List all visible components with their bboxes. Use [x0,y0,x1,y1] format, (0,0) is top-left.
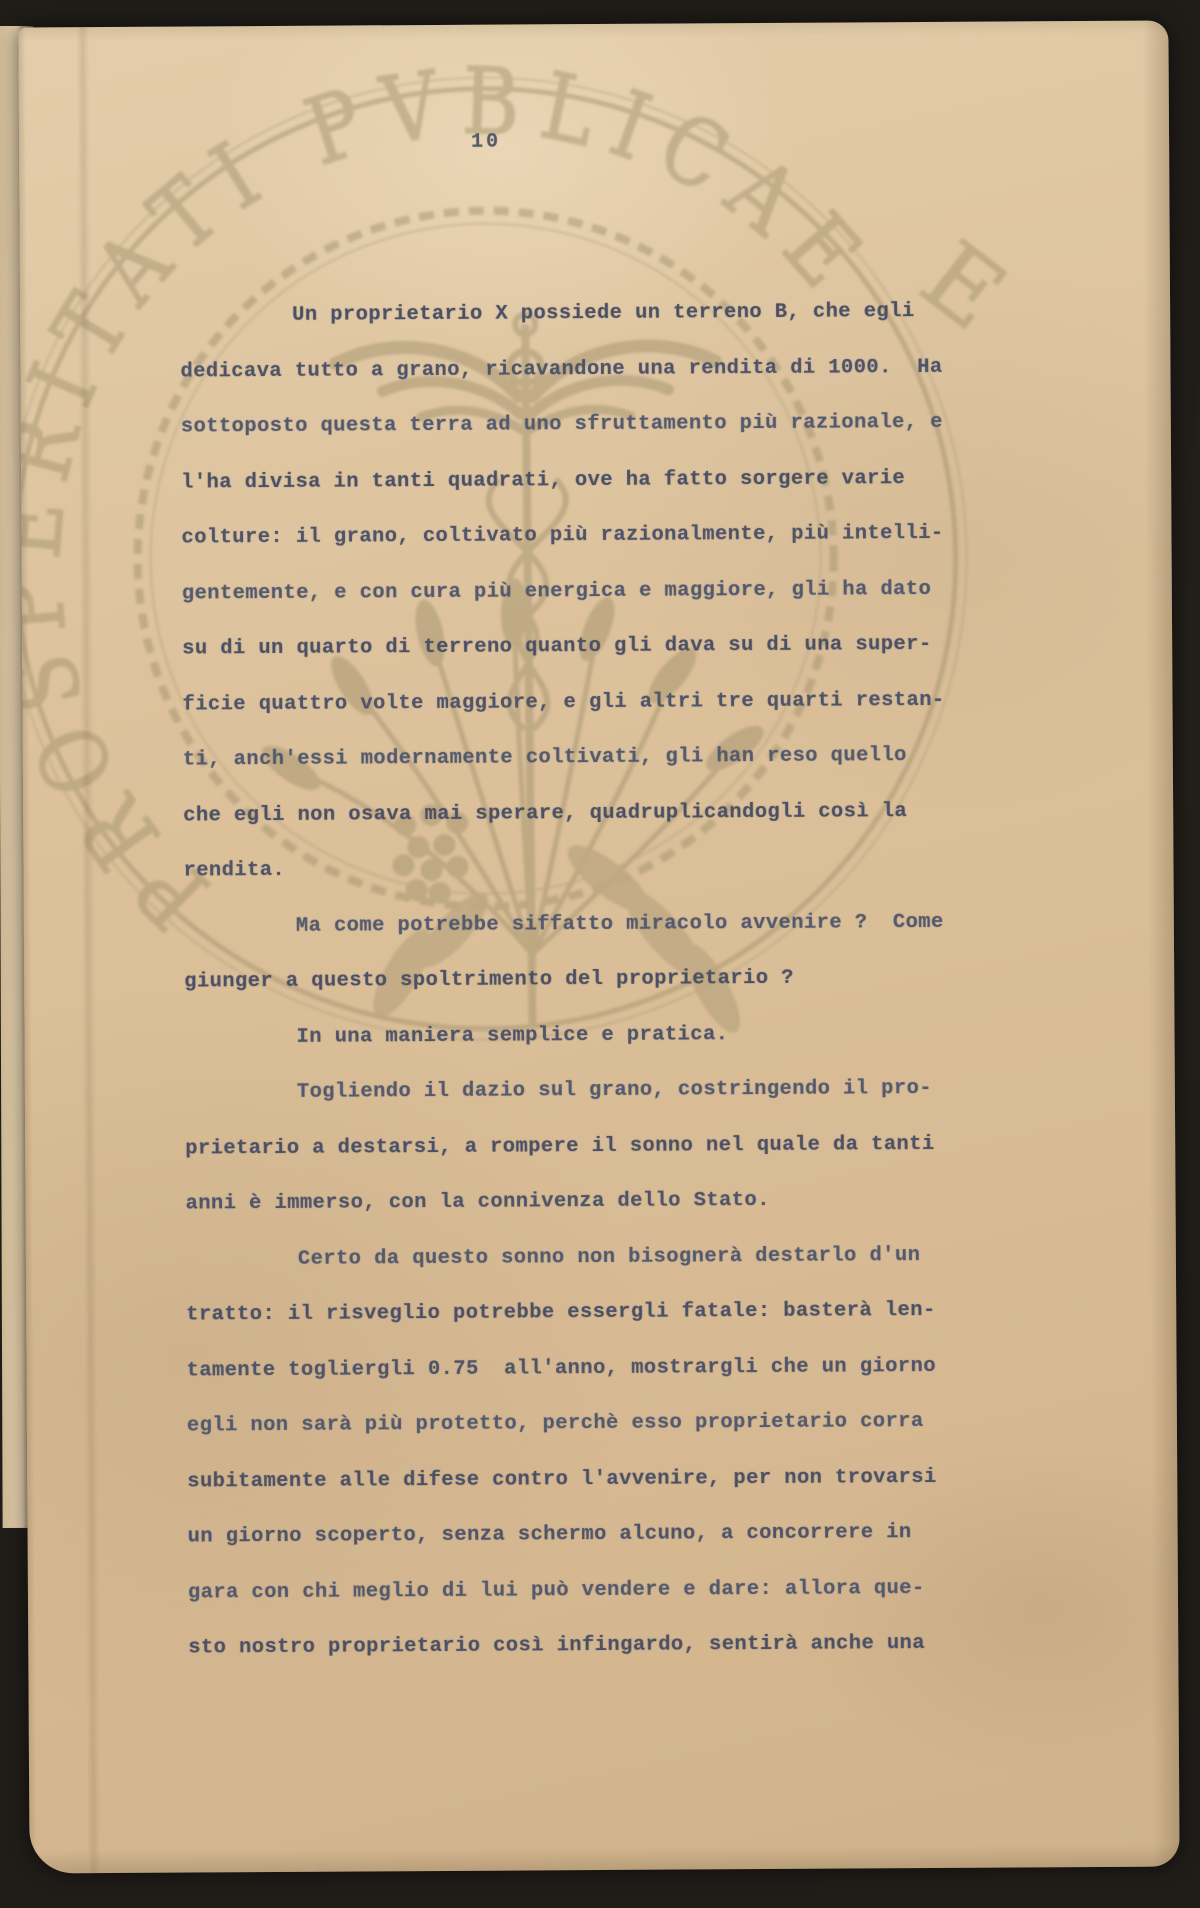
text-line: ficie quattro volte maggiore, e gli altr… [182,672,982,732]
text-line: subitamente alle difese contro l'avvenir… [187,1449,987,1509]
text-line: l'ha divisa in tanti quadrati, ove ha fa… [181,450,981,510]
text-line: che egli non osava mai sperare, quadrupl… [183,783,983,843]
text-line: ti, anch'essi modernamente coltivati, gl… [183,728,983,788]
text-line: rendita. [183,839,983,899]
text-line: giunger a questo spoltrimento del propri… [184,950,984,1010]
text-line: tamente togliergli 0.75 all'anno, mostra… [186,1338,986,1398]
typewritten-text: Un proprietario X possiede un terreno B,… [180,284,988,1676]
text-line: anni è immerso, con la connivenza dello … [185,1172,985,1232]
text-line: Certo da questo sonno non bisognerà dest… [186,1227,986,1287]
text-line: dedicava tutto a grano, ricavandone una … [180,339,980,399]
text-line: Ma come potrebbe siffatto miracolo avven… [184,894,984,954]
text-line: colture: il grano, coltivato più raziona… [181,506,981,566]
text-line: Un proprietario X possiede un terreno B,… [180,284,980,344]
text-line: Togliendo il dazio sul grano, costringen… [185,1061,985,1121]
text-line: sto nostro proprietario così infingardo,… [188,1616,988,1676]
text-line: un giorno scoperto, senza schermo alcuno… [187,1505,987,1565]
text-line: gentemente, e con cura più energica e ma… [182,561,982,621]
text-line: In una maniera semplice e pratica. [184,1005,984,1065]
text-line: prietario a destarsi, a rompere il sonno… [185,1116,985,1176]
text-line: egli non sarà più protetto, perchè esso … [187,1394,987,1454]
text-line: sottoposto questa terra ad uno sfruttame… [181,395,981,455]
page-number: 10 [446,130,526,153]
document-page: PROSPERITATI PVBLICAE E 10 Un proprietar… [18,21,1179,1874]
scanned-book-photo: PROSPERITATI PVBLICAE E 10 Un proprietar… [0,0,1200,1908]
text-line: gara con chi meglio di lui può vendere e… [188,1560,988,1620]
text-line: tratto: il risveglio potrebbe essergli f… [186,1283,986,1343]
text-line: su di un quarto di terreno quanto gli da… [182,617,982,677]
